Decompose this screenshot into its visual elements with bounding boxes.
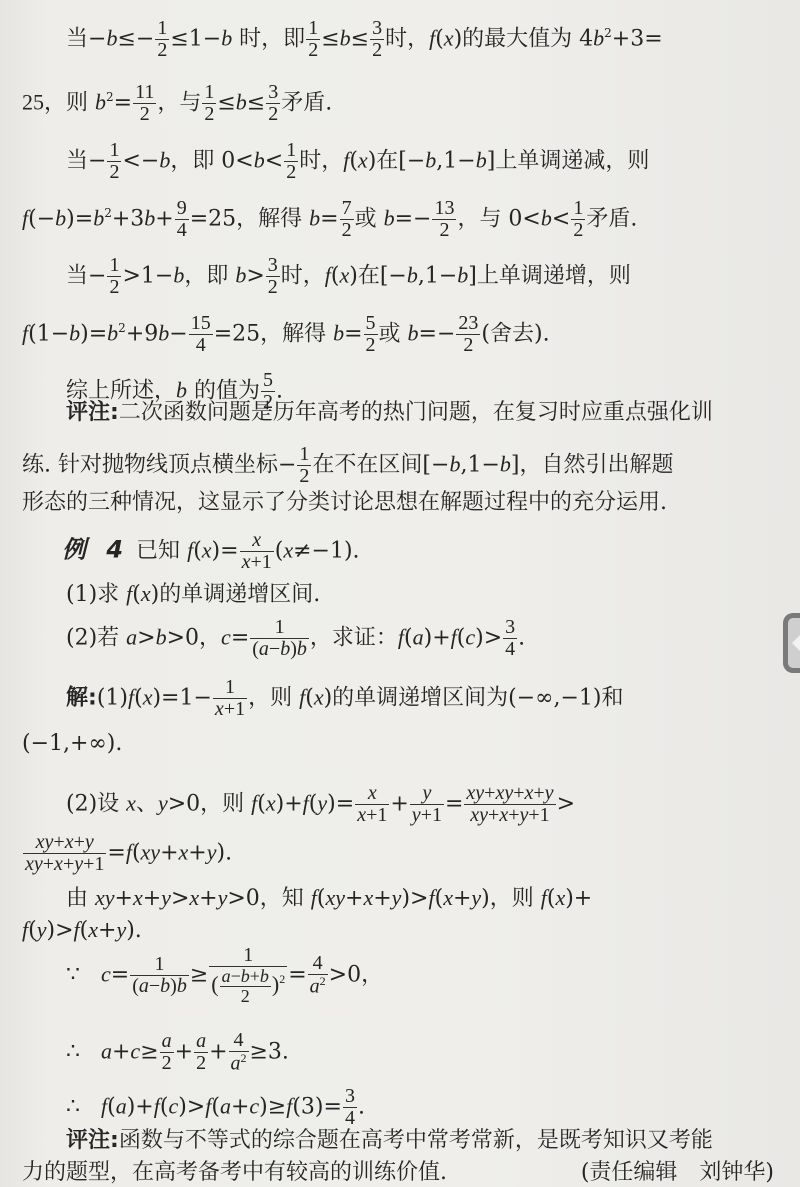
text-line: 练. 针对抛物线顶点横坐标−12在不在区间[−b,1−b]，自然引出解题 — [22, 444, 780, 487]
text-line: 当−b≤−12≤1−b 时，即12≤b≤32时，f(x)的最大值为 4b2+3= — [66, 18, 780, 61]
text-line: 例 4 已知 f(x)=xx+1(x≠−1). — [62, 530, 780, 573]
text-line: ∴ a+c≥a2+a2+4a2≥3. — [66, 1030, 780, 1075]
page-turn-tab-icon[interactable] — [783, 613, 800, 673]
text-line: 当−12<−b，即 0<b<12时，f(x)在[−b,1−b]上单调递减，则 — [66, 140, 780, 183]
text-line: (2)若 a>b>0，c=1(a−b)b，求证：f(a)+f(c)>34. — [66, 617, 780, 660]
text-line: 评注:函数与不等式的综合题在高考中常考常新，是既考知识又考能 — [66, 1130, 780, 1152]
comment-label-2: 评注: — [66, 1128, 119, 1153]
text-line: ∴ f(a)+f(c)>f(a+c)≥f(3)=34. — [66, 1086, 780, 1129]
text-line: 评注:二次函数问题是历年高考的热门问题，在复习时应重点强化训 — [66, 402, 780, 424]
text-line: f(y)>f(x+y). — [22, 919, 780, 942]
comment-label: 评注: — [66, 400, 119, 425]
editor-credit: (责任编辑 刘钟华) — [581, 1162, 774, 1184]
text-line: 由 xy+x+y>x+y>0，知 f(xy+x+y)>f(x+y)，则 f(x)… — [66, 887, 780, 910]
text-line: xy+x+yxy+x+y+1=f(xy+x+y). — [22, 832, 780, 875]
text-line: (2)设 x、y>0，则 f(x)+f(y)=xx+1+yy+1=xy+xy+x… — [66, 783, 780, 826]
example-label: 例 4 — [62, 536, 129, 564]
text-line: (1)求 f(x)的单调递增区间. — [66, 583, 780, 606]
text-line: 解:(1)f(x)=1−1x+1，则 f(x)的单调递增区间为(−∞,−1)和 — [66, 677, 780, 720]
scanned-page: 当−b≤−12≤1−b 时，即12≤b≤32时，f(x)的最大值为 4b2+3=… — [0, 0, 800, 1187]
text-line: (−1,+∞). — [22, 733, 780, 755]
text-line: 25，则 b2=112，与12≤b≤32矛盾. — [22, 82, 780, 125]
text-line: 当−12>1−b，即 b>32时，f(x)在[−b,1−b]上单调递增，则 — [66, 255, 780, 298]
text-line: ∵ c=1(a−b)b≥1(a−b+b2)2=4a2>0， — [66, 945, 780, 1006]
solution-label: 解: — [66, 686, 97, 711]
text-line: f(−b)=b2+3b+94=25，解得 b=72或 b=−132，与 0<b<… — [22, 198, 780, 241]
text-line: 形态的三种情况，这显示了分类讨论思想在解题过程中的充分运用. — [22, 492, 780, 514]
text-line: f(1−b)=b2+9b−154=25，解得 b=52或 b=−232(舍去). — [22, 313, 780, 356]
